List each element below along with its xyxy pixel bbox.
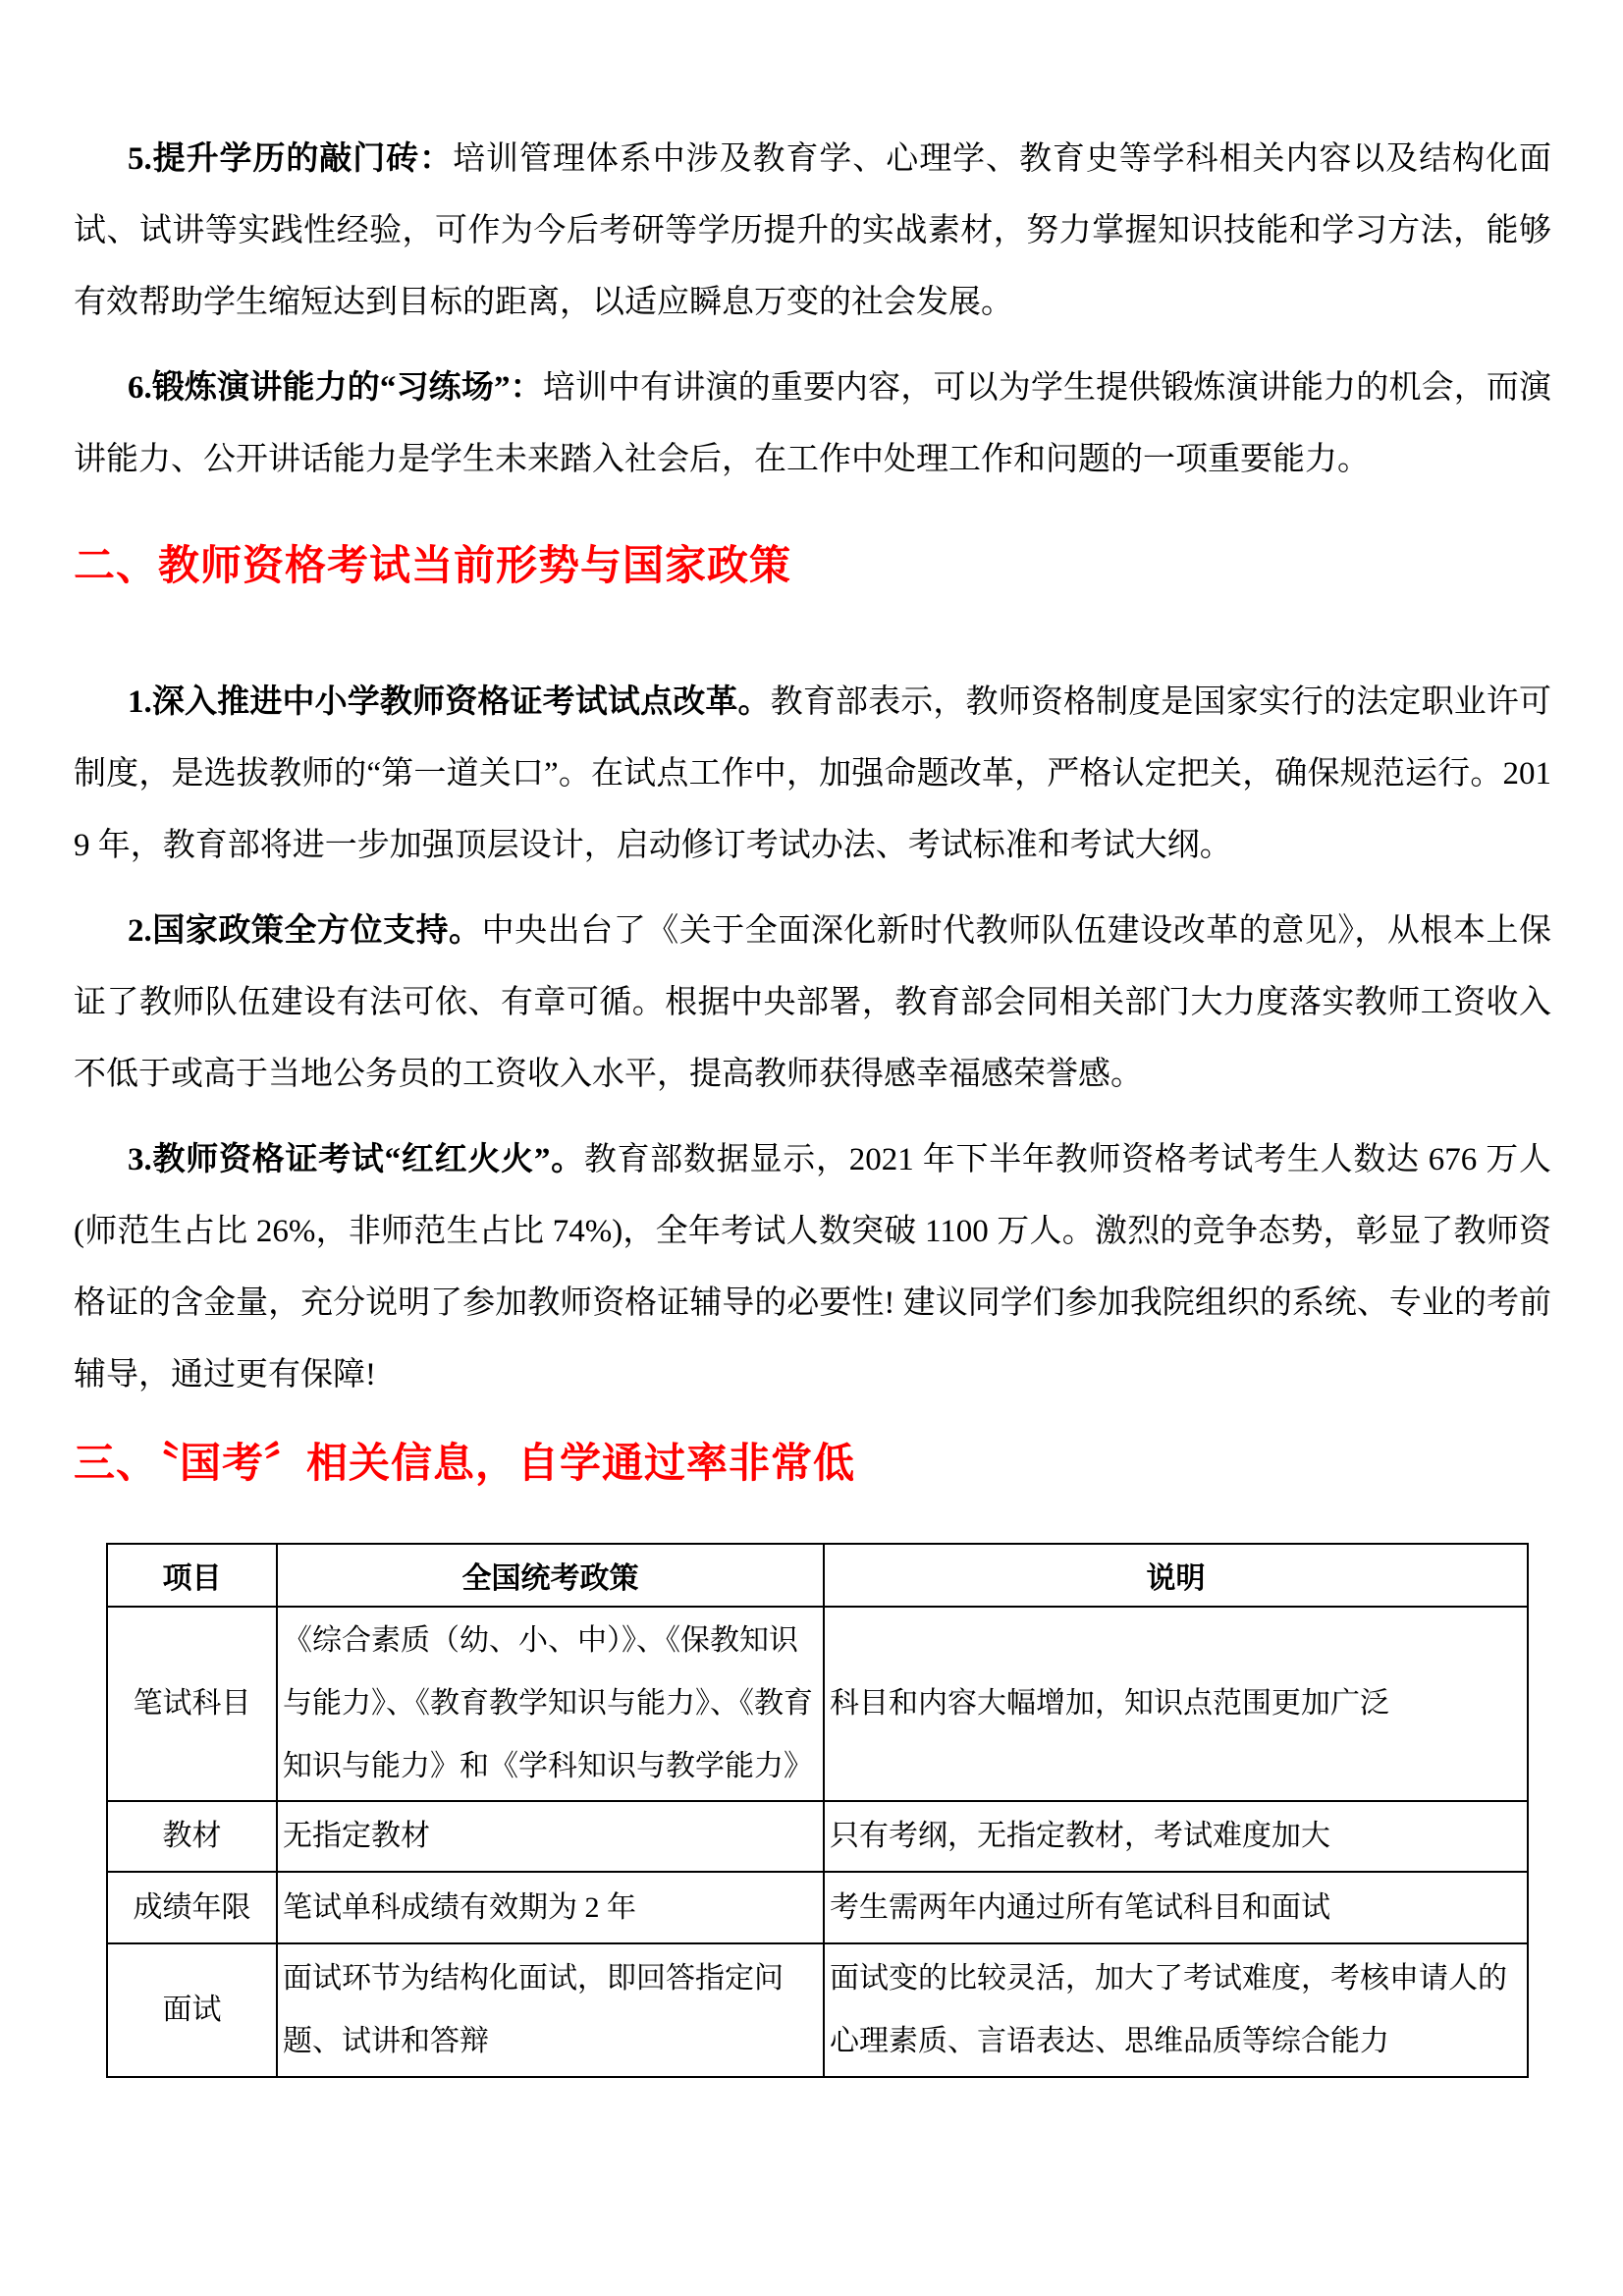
table-cell-item: 成绩年限 <box>107 1872 277 1943</box>
section-2-paragraph-3-body: 教育部数据显示，2021 年下半年教师资格考试考生人数达 676 万人 (师范生… <box>74 1142 1551 1393</box>
table-cell-note: 科目和内容大幅增加，知识点范围更加广泛 <box>824 1607 1528 1801</box>
section-2-paragraph-3: 3.教师资格证考试“红红火火”。教育部数据显示，2021 年下半年教师资格考试考… <box>74 1124 1551 1411</box>
table-cell-policy: 无指定教材 <box>277 1801 824 1872</box>
section-2-paragraph-2-lead: 2.国家政策全方位支持。 <box>128 913 482 949</box>
table-row-score-validity: 成绩年限 笔试单科成绩有效期为 2 年 考生需两年内通过所有笔试科目和面试 <box>107 1872 1528 1943</box>
section-3-heading: 三、〝国考〞相关信息，自学通过率非常低 <box>74 1433 1551 1494</box>
table-cell-policy: 笔试单科成绩有效期为 2 年 <box>277 1872 824 1943</box>
section-2-paragraph-1: 1.深入推进中小学教师资格证考试试点改革。教育部表示，教师资格制度是国家实行的法… <box>74 667 1551 882</box>
section-2-paragraph-1-lead: 1.深入推进中小学教师资格证考试试点改革。 <box>128 684 771 720</box>
table-header-policy: 全国统考政策 <box>277 1544 824 1607</box>
table-cell-policy: 面试环节为结构化面试，即回答指定问题、试讲和答辩 <box>277 1943 824 2077</box>
table-header-note: 说明 <box>824 1544 1528 1607</box>
table-row-written-subjects: 笔试科目 《综合素质（幼、小、中）》、《保教知识与能力》、《教育教学知识与能力》… <box>107 1607 1528 1801</box>
section-2-paragraph-2: 2.国家政策全方位支持。中央出台了《关于全面深化新时代教师队伍建设改革的意见》，… <box>74 896 1551 1111</box>
paragraph-6: 6.锻炼演讲能力的“习练场”：培训中有讲演的重要内容，可以为学生提供锻炼演讲能力… <box>74 353 1551 496</box>
table-cell-item: 笔试科目 <box>107 1607 277 1801</box>
paragraph-5-lead: 5.提升学历的敲门砖： <box>128 141 453 177</box>
table-row-interview: 面试 面试环节为结构化面试，即回答指定问题、试讲和答辩 面试变的比较灵活，加大了… <box>107 1943 1528 2077</box>
table-cell-item: 面试 <box>107 1943 277 2077</box>
table-header-row: 项目 全国统考政策 说明 <box>107 1544 1528 1607</box>
table-cell-note: 考生需两年内通过所有笔试科目和面试 <box>824 1872 1528 1943</box>
paragraph-5: 5.提升学历的敲门砖：培训管理体系中涉及教育学、心理学、教育史等学科相关内容以及… <box>74 124 1551 339</box>
document-page: 5.提升学历的敲门砖：培训管理体系中涉及教育学、心理学、教育史等学科相关内容以及… <box>0 0 1623 2296</box>
national-exam-policy-table: 项目 全国统考政策 说明 笔试科目 《综合素质（幼、小、中）》、《保教知识与能力… <box>106 1543 1529 2078</box>
table-row-textbook: 教材 无指定教材 只有考纲，无指定教材，考试难度加大 <box>107 1801 1528 1872</box>
section-2-paragraph-3-lead: 3.教师资格证考试“红红火火”。 <box>128 1142 584 1177</box>
section-2-heading: 二、教师资格考试当前形势与国家政策 <box>74 535 1551 596</box>
table-cell-note: 只有考纲，无指定教材，考试难度加大 <box>824 1801 1528 1872</box>
table-cell-item: 教材 <box>107 1801 277 1872</box>
table-cell-policy: 《综合素质（幼、小、中）》、《保教知识与能力》、《教育教学知识与能力》、《教育知… <box>277 1607 824 1801</box>
table-header-item: 项目 <box>107 1544 277 1607</box>
table-cell-note: 面试变的比较灵活，加大了考试难度，考核申请人的心理素质、言语表达、思维品质等综合… <box>824 1943 1528 2077</box>
paragraph-6-lead: 6.锻炼演讲能力的“习练场”： <box>128 370 543 406</box>
